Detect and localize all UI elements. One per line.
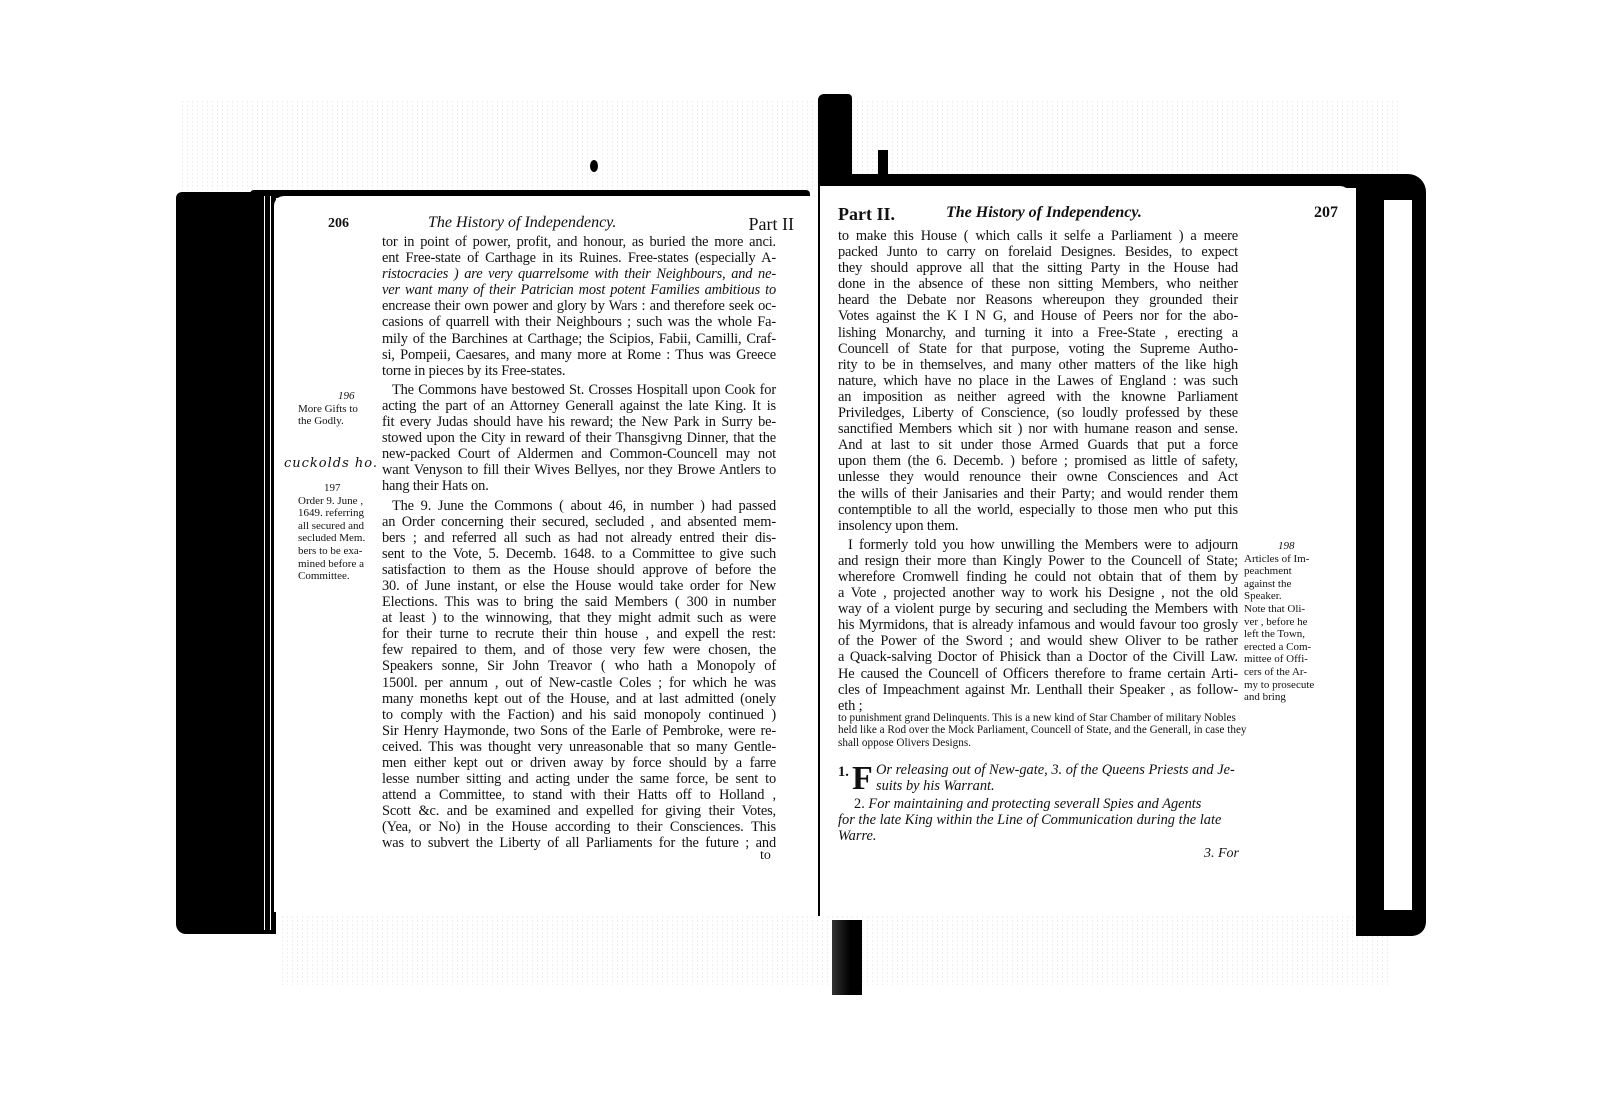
right-body-text: to make this House ( which calls it self… [838, 228, 1238, 714]
impeachment-articles: 1. F Or releasing out of New-gate, 3. of… [838, 762, 1248, 844]
right-running-head: Part II. The History of Independency. 20… [838, 204, 1294, 226]
left-marginal-note-197: 197 Order 9. June , 1649. referring all … [298, 482, 378, 583]
article-2-number: 2. [854, 796, 865, 812]
article-2: 2. For maintaining and protecting severa… [838, 796, 1248, 844]
left-running-head: 206 The History of Independency. Part II [328, 214, 794, 236]
handwritten-annotation: cuckolds ho. [284, 456, 378, 471]
left-folio: 206 [328, 216, 349, 232]
right-running-title: The History of Independency. [946, 204, 1142, 222]
left-body-text: tor in point of power, profit, and honou… [382, 234, 776, 852]
left-part-label: Part II [749, 214, 794, 235]
left-catchword: to [760, 848, 771, 864]
article-1-number: 1. [838, 764, 849, 780]
right-marginal-note-198: 198 Articles of Im- peachment against th… [1244, 540, 1340, 704]
right-part-label: Part II. [838, 204, 895, 225]
article-1: 1. F Or releasing out of New-gate, 3. of… [838, 762, 1248, 796]
book-spine-bottom [832, 920, 862, 995]
page-edges-right [1384, 200, 1412, 910]
article-1-dropcap: F [852, 764, 873, 794]
ink-blot [590, 160, 598, 172]
book-cover-left [176, 192, 276, 934]
right-catchword: 3. For [1204, 846, 1239, 862]
left-marginal-note-196: 196 More Gifts to the Godly. [298, 390, 378, 428]
right-folio: 207 [1314, 204, 1338, 222]
marginal-note-continuation: to punishment grand Delinquents. This is… [838, 712, 1328, 749]
left-running-title: The History of Independency. [428, 214, 616, 232]
